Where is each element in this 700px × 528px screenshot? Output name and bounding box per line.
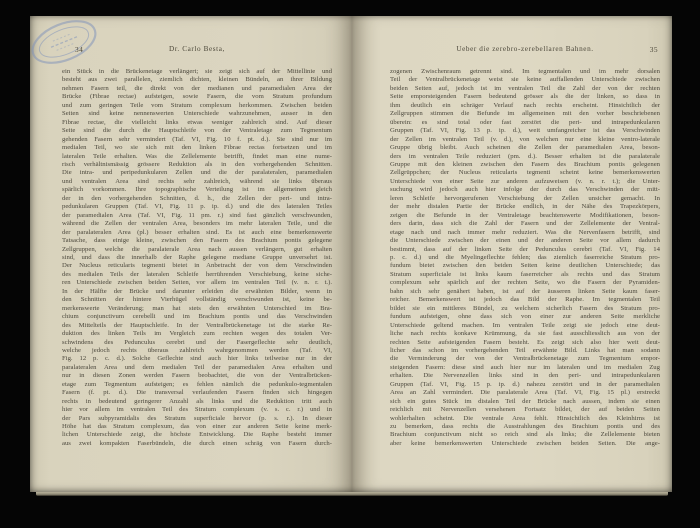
- page-number: 34: [75, 45, 83, 54]
- page-number: 35: [650, 45, 658, 54]
- page-right: Ueber die zerebro-zerebellaren Bahnen. 3…: [352, 16, 672, 492]
- page-edge: [36, 492, 668, 496]
- library-stamp-icon: [24, 10, 112, 76]
- running-header: Ueber die zerebro-zerebellaren Bahnen.: [390, 45, 660, 53]
- page-left: 34 Dr. Carlo Besta, ein Stück in die Brü…: [30, 16, 352, 492]
- body-text-right: zogenen Zwischenraum getrennt sind. Im t…: [390, 68, 660, 452]
- page-header-left: 34 Dr. Carlo Besta,: [62, 45, 332, 57]
- running-header: Dr. Carlo Besta,: [62, 45, 332, 53]
- body-text-left: ein Stück in die Brückenetage verlängert…: [62, 68, 332, 452]
- book-spread: 34 Dr. Carlo Besta, ein Stück in die Brü…: [0, 0, 700, 528]
- page-header-right: Ueber die zerebro-zerebellaren Bahnen. 3…: [390, 45, 660, 57]
